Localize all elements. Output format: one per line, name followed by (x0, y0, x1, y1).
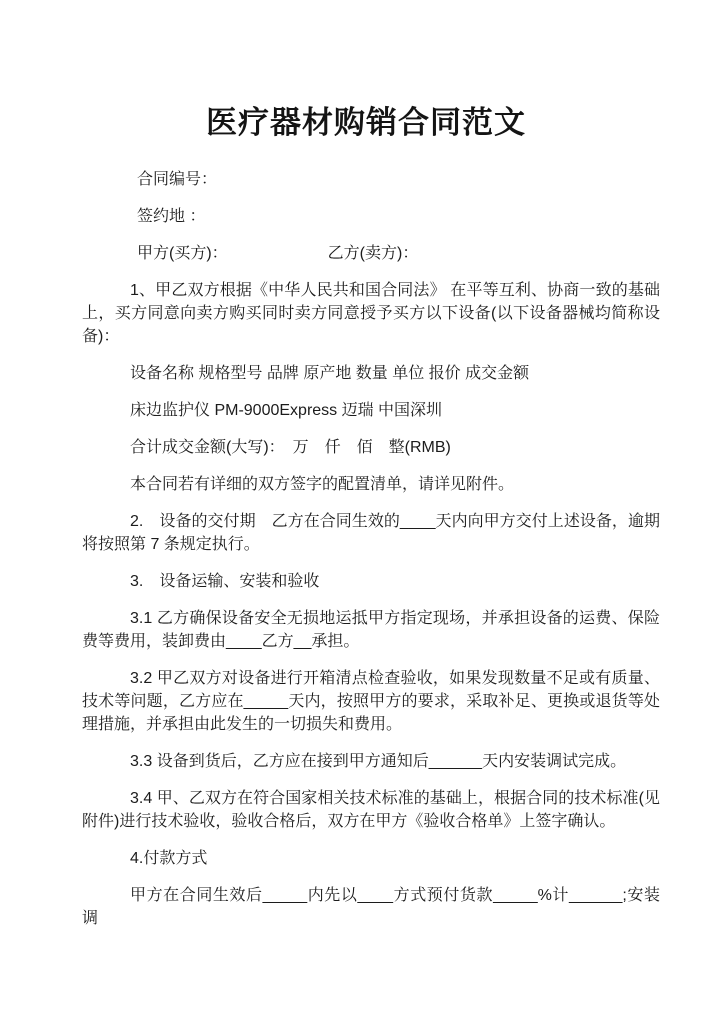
equipment-row: 床边监护仪 PM-9000Express 迈瑞 中国深圳 (82, 399, 660, 422)
clause-2-delivery: 2. 设备的交付期 乙方在合同生效的____天内向甲方交付上述设备，逾期将按照第… (82, 510, 660, 556)
attachment-note: 本合同若有详细的双方签字的配置清单，请详见附件。 (82, 473, 660, 496)
clause-1-intro: 1、甲乙双方根据《中华人民共和国合同法》 在平等互利、协商一致的基础上，买方同意… (82, 279, 660, 348)
total-amount-line: 合计成交金额(大写)： 万 仟 佰 整(RMB) (82, 436, 660, 459)
payment-terms-line: 甲方在合同生效后_____内先以____方式预付货款_____%计______;… (82, 884, 660, 930)
party-b-label: 乙方(卖方)： (328, 245, 419, 262)
parties-line: 甲方(买方)：乙方(卖方)： (82, 242, 660, 265)
clause-3-heading: 3. 设备运输、安装和验收 (82, 570, 660, 593)
contract-number-line: 合同编号： (82, 168, 660, 191)
document-body: 合同编号： 签约地 ： 甲方(买方)：乙方(卖方)： 1、甲乙双方根据《中华人民… (82, 168, 660, 930)
clause-3-2-inspection: 3.2 甲乙双方对设备进行开箱清点检查验收，如果发现数量不足或有质量、技术等问题… (82, 667, 660, 736)
clause-4-heading: 4.付款方式 (82, 847, 660, 870)
document-page: 医疗器材购销合同范文 合同编号： 签约地 ： 甲方(买方)：乙方(卖方)： 1、… (0, 0, 720, 1017)
clause-3-1-transport: 3.1 乙方确保设备安全无损地运抵甲方指定现场，并承担设备的运费、保险费等费用，… (82, 607, 660, 653)
document-title: 医疗器材购销合同范文 (72, 0, 660, 144)
clause-3-4-acceptance: 3.4 甲、乙双方在符合国家相关技术标准的基础上，根据合同的技术标准(见附件)进… (82, 787, 660, 833)
party-a-label: 甲方(买方)： (137, 245, 228, 262)
signing-place-line: 签约地 ： (82, 205, 660, 228)
equipment-table-header: 设备名称 规格型号 品牌 原产地 数量 单位 报价 成交金额 (82, 362, 660, 385)
clause-3-3-installation: 3.3 设备到货后，乙方应在接到甲方通知后______天内安装调试完成。 (82, 750, 660, 773)
